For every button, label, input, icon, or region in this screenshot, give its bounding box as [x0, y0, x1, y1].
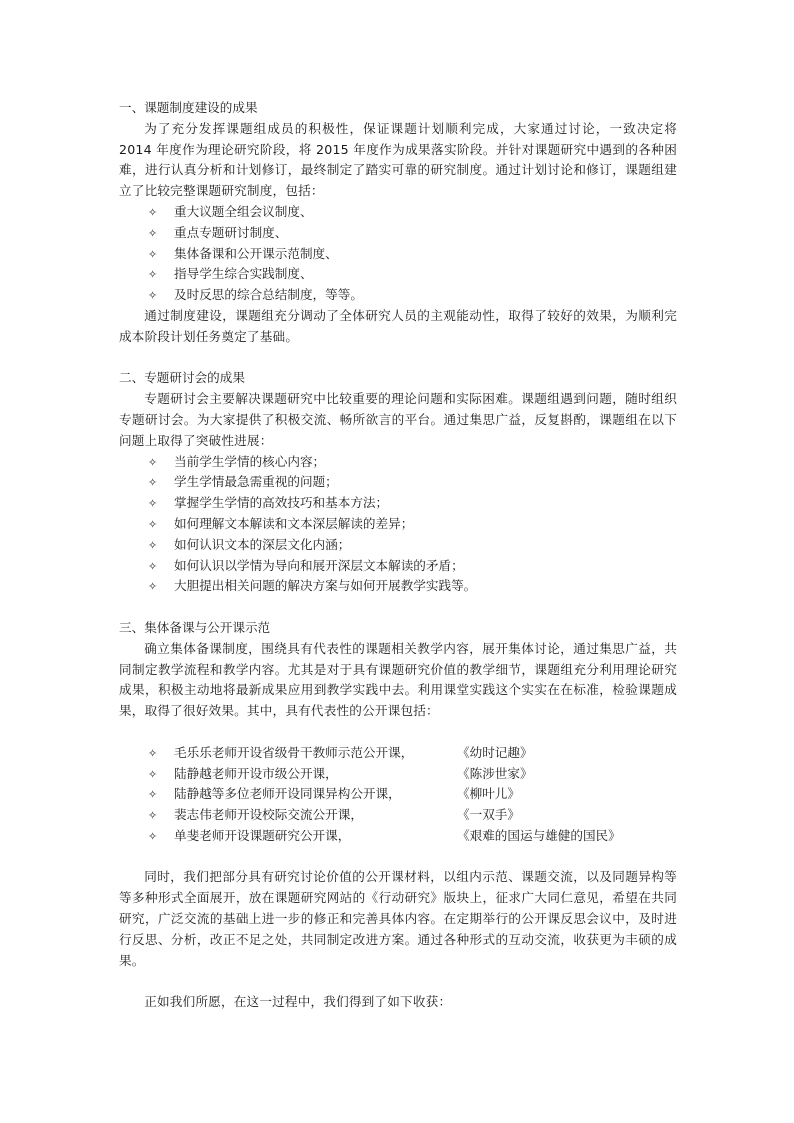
diamond-bullet-icon: ✧ — [148, 203, 174, 224]
list-item: ✧集体备课和公开课示范制度、 — [119, 244, 677, 265]
diamond-bullet-icon: ✧ — [148, 744, 174, 765]
diamond-bullet-icon: ✧ — [148, 224, 174, 245]
diamond-bullet-icon: ✧ — [148, 494, 174, 515]
lesson-description: 陆静越老师开设市级公开课， — [174, 764, 338, 785]
spacer — [119, 722, 677, 743]
document-page: 一、课题制度建设的成果 为了充分发挥课题组成员的积极性，保证课题计划顺利完成，大… — [119, 98, 677, 1013]
lesson-title: 《艰难的国运与雄健的国民》 — [457, 826, 621, 847]
diamond-bullet-icon: ✧ — [148, 557, 174, 578]
list-item: ✧及时反思的综合总结制度，等等。 — [119, 285, 677, 306]
diamond-bullet-icon: ✧ — [148, 453, 174, 474]
section-heading: 二、专题研讨会的成果 — [119, 368, 677, 389]
diamond-bullet-icon: ✧ — [148, 245, 174, 266]
section-intro: 专题研讨会主要解决课题研究中比较重要的理论问题和实际困难。课题组遇到问题，随时组… — [119, 389, 677, 451]
lesson-item: ✧陆静越等多位老师开设同课异构公开课，《柳叶儿》 — [119, 784, 677, 805]
diamond-bullet-icon: ✧ — [148, 806, 174, 827]
lesson-description: 裴志伟老师开设校际交流公开课， — [174, 805, 363, 826]
diamond-bullet-icon: ✧ — [148, 473, 174, 494]
spacer — [119, 847, 677, 868]
diamond-bullet-icon: ✧ — [148, 286, 174, 307]
lesson-list: ✧毛乐乐老师开设省级骨干教师示范公开课，《幼时记趣》 ✧陆静越老师开设市级公开课… — [119, 743, 677, 847]
spacer — [119, 348, 677, 369]
diamond-bullet-icon: ✧ — [148, 536, 174, 557]
diamond-bullet-icon: ✧ — [148, 265, 174, 286]
section-heading: 三、集体备课与公开课示范 — [119, 618, 677, 639]
lesson-description: 陆静越等多位老师开设同课异构公开课， — [174, 784, 401, 805]
list-item: ✧指导学生综合实践制度、 — [119, 264, 677, 285]
list-item: ✧大胆提出相关问题的解决方案与如何开展教学实践等。 — [119, 576, 677, 597]
lesson-item: ✧裴志伟老师开设校际交流公开课，《一双手》 — [119, 805, 677, 826]
lesson-title: 《陈涉世家》 — [457, 764, 533, 785]
spacer — [119, 971, 677, 992]
list-item: ✧重大议题全组会议制度、 — [119, 202, 677, 223]
lesson-description: 毛乐乐老师开设省级骨干教师示范公开课， — [174, 743, 413, 764]
diamond-bullet-icon: ✧ — [148, 827, 174, 848]
diamond-bullet-icon: ✧ — [148, 515, 174, 536]
diamond-bullet-icon: ✧ — [148, 577, 174, 598]
lesson-title: 《幼时记趣》 — [457, 743, 533, 764]
list-item: ✧当前学生学情的核心内容； — [119, 452, 677, 473]
list-item: ✧学生学情最急需重视的问题； — [119, 472, 677, 493]
lesson-title: 《一双手》 — [457, 805, 520, 826]
lesson-item: ✧毛乐乐老师开设省级骨干教师示范公开课，《幼时记趣》 — [119, 743, 677, 764]
list-item: ✧重点专题研讨制度、 — [119, 223, 677, 244]
list-item: ✧如何理解文本解读和文本深层解读的差异； — [119, 514, 677, 535]
section-heading: 一、课题制度建设的成果 — [119, 98, 677, 119]
bullet-list: ✧当前学生学情的核心内容； ✧学生学情最急需重视的问题； ✧掌握学生学情的高效技… — [119, 452, 677, 598]
section-conclusion: 通过制度建设，课题组充分调动了全体研究人员的主观能动性，取得了较好的效果，为顺利… — [119, 306, 677, 348]
lesson-item: ✧单斐老师开设课题研究公开课，《艰难的国运与雄健的国民》 — [119, 826, 677, 847]
lesson-item: ✧陆静越老师开设市级公开课，《陈涉世家》 — [119, 764, 677, 785]
list-item: ✧如何认识以学情为导向和展开深层文本解读的矛盾； — [119, 556, 677, 577]
lesson-description: 单斐老师开设课题研究公开课， — [174, 826, 350, 847]
lesson-title: 《柳叶儿》 — [457, 784, 520, 805]
diamond-bullet-icon: ✧ — [148, 785, 174, 806]
section-closing: 正如我们所愿，在这一过程中，我们得到了如下收获： — [119, 992, 677, 1013]
bullet-list: ✧重大议题全组会议制度、 ✧重点专题研讨制度、 ✧集体备课和公开课示范制度、 ✧… — [119, 202, 677, 306]
list-item: ✧如何认识文本的深层文化内涵； — [119, 535, 677, 556]
section-intro: 为了充分发挥课题组成员的积极性，保证课题计划顺利完成，大家通过讨论，一致决定将 … — [119, 119, 677, 202]
section-followup: 同时，我们把部分具有研究讨论价值的公开课材料，以组内示范、课题交流，以及同题异构… — [119, 867, 677, 971]
list-item: ✧掌握学生学情的高效技巧和基本方法； — [119, 493, 677, 514]
spacer — [119, 597, 677, 618]
diamond-bullet-icon: ✧ — [148, 765, 174, 786]
section-intro: 确立集体备课制度，围绕具有代表性的课题相关教学内容，展开集体讨论，通过集思广益，… — [119, 639, 677, 722]
